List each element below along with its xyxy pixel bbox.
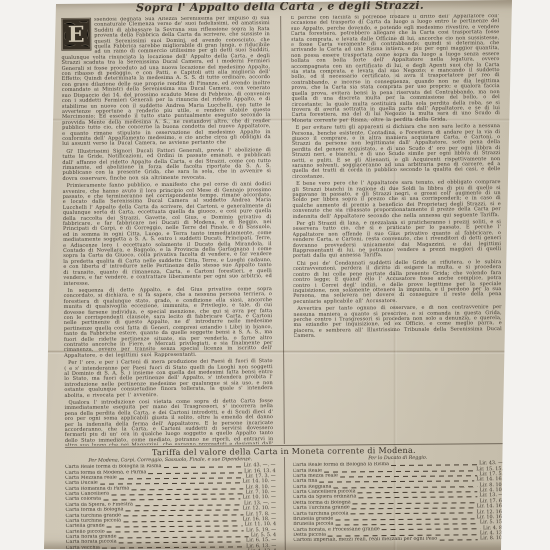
paragraph: Essendosi degnata Sua Altezza Serenissim… (61, 16, 271, 148)
svg-text:E: E (68, 22, 85, 48)
paragraph: E perche con facilita si potrebbe frodar… (291, 14, 500, 124)
dash-leader (391, 464, 477, 466)
dash-leader (123, 515, 244, 517)
paragraph: E per evitare tutti gli apparenti si dic… (292, 124, 501, 180)
tariff-row: Cartoni imperiali, mezzi reali, reali me… (293, 536, 504, 543)
paragraph: Per gli Strazzi di lana, e mezzalana si … (292, 220, 501, 260)
tariff-right-table: Per lo Ducato di Reggio. Carta Reale for… (292, 455, 503, 550)
tariff-row-label: Cartoni imperiali, mezzi reali, reali me… (293, 537, 437, 544)
dash-leader (123, 520, 241, 522)
right-column: E perche con facilita si potrebbe frodar… (291, 14, 503, 444)
printed-content: Sopra l' Appalto della Carta , e degli S… (61, 0, 504, 550)
paragraph: Gl' Illustrissimi Signori Ducali Fattori… (62, 148, 271, 182)
dash-leader (164, 467, 242, 469)
dash-leader (148, 472, 242, 474)
paragraph: Qualora l' introduzione cosi vietata com… (64, 399, 273, 446)
tariff-left-table: Per Modena, Carpi, Correggio, Sassuolo, … (65, 457, 276, 550)
page-title: Sopra l' Appalto della Carta , e degli S… (61, 0, 499, 15)
dash-leader (126, 509, 241, 511)
dash-leader (358, 497, 477, 499)
dash-leader (131, 488, 243, 490)
tariff-section: Tariffa del valore della Carta in Moneta… (65, 443, 504, 550)
dash-leader (358, 491, 478, 493)
body-columns: Essendosi degnata Sua Altezza Serenissim… (61, 14, 503, 446)
photo-backdrop: Sopra l' Appalto della Carta , e degli S… (0, 0, 550, 550)
left-column: Essendosi degnata Sua Altezza Serenissim… (61, 16, 273, 446)
column-divider-rule (280, 16, 285, 444)
tariff-row-value: Lir. 8. 10. (480, 536, 504, 542)
dash-leader (439, 539, 478, 540)
tariff-row-label: Carta vecchia (66, 545, 100, 550)
document-sheet: Sopra l' Appalto della Carta , e degli S… (0, 0, 550, 550)
paragraph: In sequenza di detto Appalto, e del Gius… (64, 287, 273, 359)
woodcut-initial-icon: E (61, 18, 91, 51)
paragraph: Primieramente fanno pubblico, e manifest… (63, 182, 272, 287)
tariff-divider-rule (283, 457, 285, 550)
paragraph: Chi poi de' Condannati suddetti delle Gr… (293, 260, 502, 305)
paragraph: Per l' oro, e per i Cartoni di mera prod… (64, 359, 273, 399)
paragraph: Avvertira per tanto ognuno di osservare,… (293, 305, 502, 339)
paragraph: E bene vero pero che l' Appaltatore sara… (292, 180, 501, 220)
dash-leader (135, 504, 242, 506)
dash-leader (382, 529, 481, 531)
